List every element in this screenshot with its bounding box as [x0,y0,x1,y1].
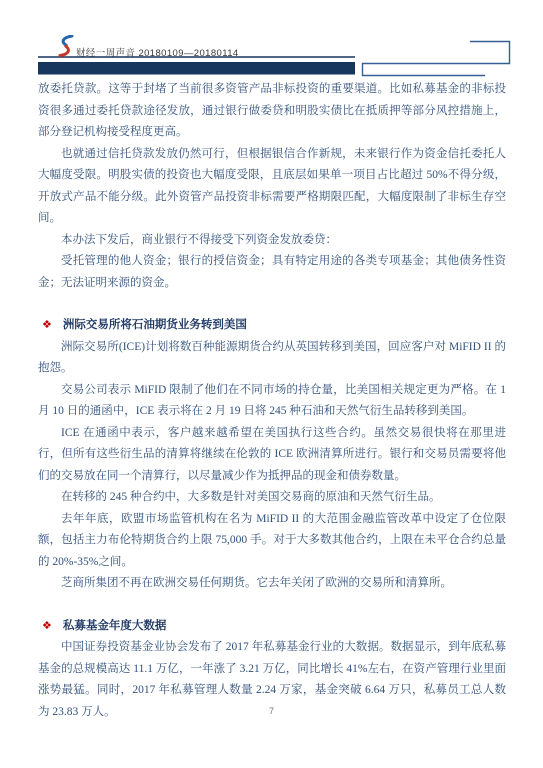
diamond-bullet-icon: ❖ [42,615,52,637]
document-body: 放委托贷款。这等于封堵了当前很多资管产品非标投资的重要渠道。比如私募基金的非标投… [38,79,506,723]
paragraph: 交易公司表示 MiFID 限制了他们在不同市场的持仓量，比美国相关规定更为严格。… [38,380,506,423]
paragraph: ICE 在通函中表示，客户越来越希望在美国执行这些合约。虽然交易很快将在那里进行… [38,423,506,488]
section-heading-private-fund: ❖ 私募基金年度大数据 [38,615,506,638]
paragraph-continued: 放委托贷款。这等于封堵了当前很多资管产品非标投资的重要渠道。比如私募基金的非标投… [38,79,506,144]
diamond-bullet-icon: ❖ [42,314,52,336]
paragraph: 也就通过信托贷款发放仍然可行，但根据银信合作新规，未来银行作为资金信托委托人大幅… [38,144,506,230]
paragraph: 芝商所集团不再在欧洲交易任何期货。它去年关闭了欧洲的交易所和清算所。 [38,573,506,595]
paragraph: 受托管理的他人资金；银行的授信资金；具有特定用途的各类专项基金；其他债务性资金；… [38,251,506,294]
document-page: 财经一周声音 20180109—20180114 放委托贷款。这等于封堵了当前很… [0,0,543,768]
header-deco-outline [363,42,510,76]
paragraph: 洲际交易所(ICE)计划将数百种能源期货合约从英国转移到美国，回应客户对 MiF… [38,337,506,380]
paragraph: 在转移的 245 种合约中，大多数是针对美国交易商的原油和天然气衍生品。 [38,487,506,509]
paragraph: 去年年底，欧盟市场监管机构在名为 MiFID II 的大范围金融监管改革中设定了… [38,509,506,574]
page-number: 7 [0,706,543,717]
paragraph: 本办法下发后，商业银行不得接受下列资金发放委贷： [38,230,506,252]
section-heading-text: 私募基金年度大数据 [63,616,167,638]
brand-swoosh-icon [57,35,75,57]
section-heading-ice: ❖ 洲际交易所将石油期货业务转到美国 [38,314,506,337]
header-graphic [0,0,543,80]
header-bar [38,62,355,75]
header-title: 财经一周声音 20180109—20180114 [76,45,239,59]
section-heading-text: 洲际交易所将石油期货业务转到美国 [63,315,247,337]
